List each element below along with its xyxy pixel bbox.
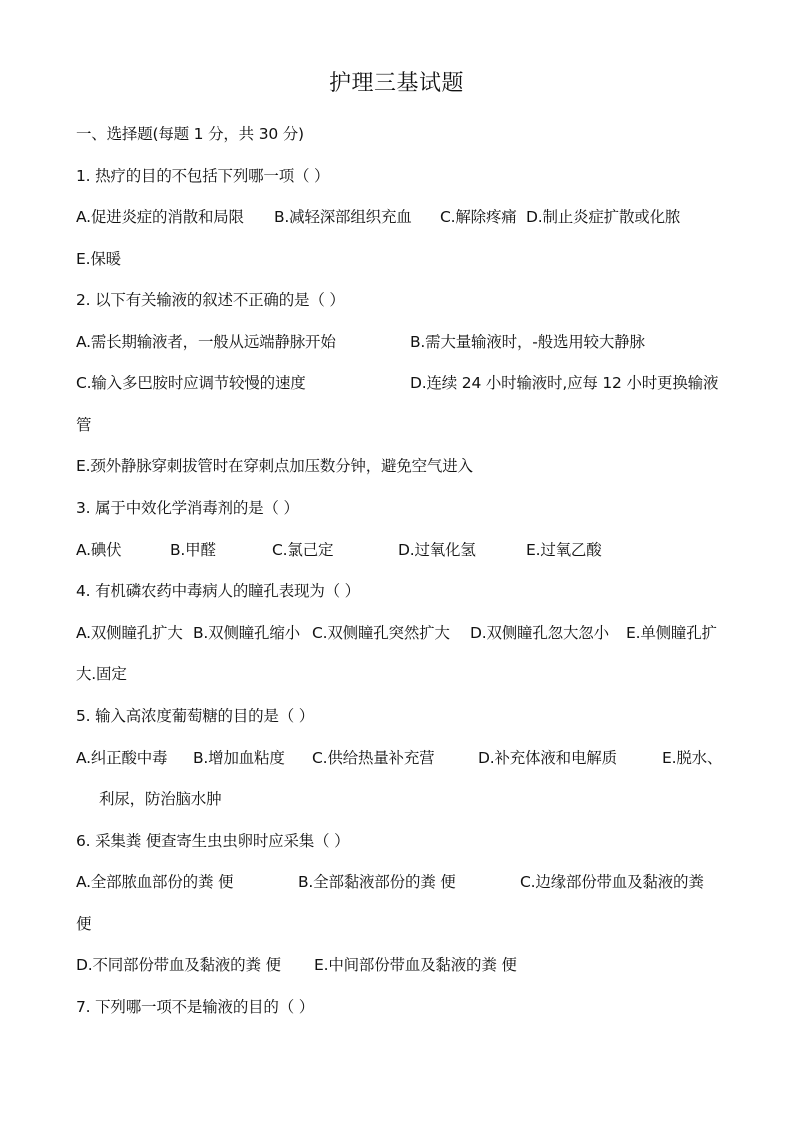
option-c: C.边缘部份带血及黏液的粪 (520, 870, 704, 894)
question-stem: 5. 输入高浓度葡萄糖的目的是（ ） (76, 704, 314, 728)
options-row: A.全部脓血部份的粪 便 B.全部黏液部份的粪 便 C.边缘部份带血及黏液的粪 (76, 870, 736, 894)
page-title: 护理三基试题 (0, 68, 793, 100)
option-a: A.双侧瞳孔扩大 (76, 621, 183, 645)
option-c: C.氯己定 (272, 538, 333, 562)
option-a: A.碘伏 (76, 538, 121, 562)
option-c: C.双侧瞳孔突然扩大 (312, 621, 450, 645)
options-row: A.促进炎症的消散和局限 B.减轻深部组织充血 C.解除疼痛 D.制止炎症扩散或… (76, 205, 736, 229)
option-a: A.促进炎症的消散和局限 (76, 205, 244, 229)
option-d-continued: 管 (76, 413, 91, 437)
document-page: 护理三基试题 一、选择题(每题 1 分，共 30 分) 1. 热疗的目的不包括下… (0, 0, 793, 1122)
option-a: A.全部脓血部份的粪 便 (76, 870, 233, 894)
section-heading: 一、选择题(每题 1 分，共 30 分) (76, 122, 304, 146)
option-a: A.需长期输液者，一般从远端静脉开始 (76, 330, 336, 354)
option-e: E.保暖 (76, 247, 121, 271)
option-b: B.全部黏液部份的粪 便 (298, 870, 456, 894)
option-e: E.脱水、 (662, 746, 722, 770)
options-row: A.需长期输液者，一般从远端静脉开始 B.需大量输液时，-般选用较大静脉 (76, 330, 736, 354)
option-a: A.纠正酸中毒 (76, 746, 167, 770)
option-b: B.减轻深部组织充血 (274, 205, 412, 229)
option-d: D.制止炎症扩散或化脓 (526, 205, 680, 229)
option-e-continued: 大.固定 (76, 662, 127, 686)
options-row: A.双侧瞳孔扩大 B.双侧瞳孔缩小 C.双侧瞳孔突然扩大 D.双侧瞳孔忽大忽小 … (76, 621, 736, 645)
option-b: B.增加血粘度 (193, 746, 285, 770)
option-d: D.双侧瞳孔忽大忽小 (470, 621, 609, 645)
option-c-continued: 便 (76, 912, 91, 936)
option-e: E.单侧瞳孔扩 (626, 621, 717, 645)
option-c: C.解除疼痛 (440, 205, 517, 229)
options-row: A.纠正酸中毒 B.增加血粘度 C.供给热量补充营 D.补充体液和电解质 E.脱… (76, 746, 736, 770)
options-row: A.碘伏 B.甲醛 C.氯己定 D.过氧化氢 E.过氧乙酸 (76, 538, 736, 562)
option-b: B.需大量输液时，-般选用较大静脉 (410, 330, 645, 354)
option-c: C.供给热量补充营 (312, 746, 434, 770)
option-d: D.连续 24 小时输液时,应每 12 小时更换输液 (410, 371, 718, 395)
option-e-continued: 利尿，防治脑水肿 (99, 787, 221, 811)
option-c: C.输入多巴胺时应调节较慢的速度 (76, 371, 306, 395)
question-stem: 3. 属于中效化学消毒剂的是（ ） (76, 496, 299, 520)
option-e: E.中间部份带血及黏液的粪 便 (314, 953, 517, 977)
option-d: D.不同部份带血及黏液的粪 便 (76, 953, 281, 977)
options-row: D.不同部份带血及黏液的粪 便 E.中间部份带血及黏液的粪 便 (76, 953, 736, 977)
option-e: E.过氧乙酸 (526, 538, 602, 562)
question-stem: 1. 热疗的目的不包括下列哪一项（ ） (76, 164, 329, 188)
option-b: B.甲醛 (170, 538, 216, 562)
option-e: E.颈外静脉穿刺拔管时在穿刺点加压数分钟，避免空气进入 (76, 454, 473, 478)
question-stem: 7. 下列哪一项不是输液的目的（ ） (76, 995, 314, 1019)
option-b: B.双侧瞳孔缩小 (193, 621, 300, 645)
option-d: D.补充体液和电解质 (478, 746, 617, 770)
question-stem: 2. 以下有关输液的叙述不正确的是（ ） (76, 288, 345, 312)
question-stem: 6. 采集粪 便查寄生虫虫卵时应采集（ ） (76, 829, 349, 853)
question-stem: 4. 有机磷农药中毒病人的瞳孔表现为（ ） (76, 579, 360, 603)
option-d: D.过氧化氢 (398, 538, 476, 562)
options-row: C.输入多巴胺时应调节较慢的速度 D.连续 24 小时输液时,应每 12 小时更… (76, 371, 736, 395)
